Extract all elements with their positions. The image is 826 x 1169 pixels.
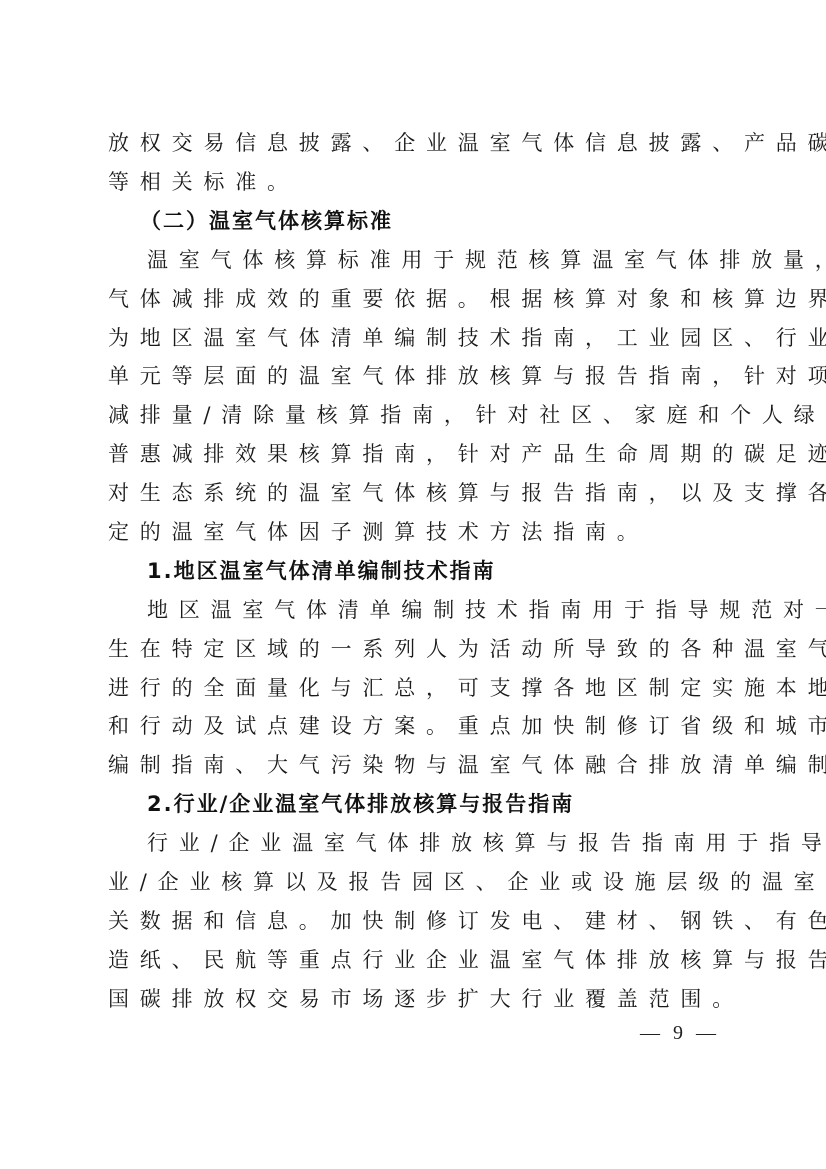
paragraph-line: 为地区温室气体清单编制技术指南，工业园区、行业/企业、工序/	[108, 324, 728, 352]
paragraph-line: 普惠减排效果核算指南，针对产品生命周期的碳足迹核算标准，针	[108, 440, 728, 468]
paragraph-line: 编制指南、大气污染物与温室气体融合排放清单编制技术指南。	[108, 751, 728, 779]
section-heading: （二）温室气体核算标准	[140, 207, 760, 235]
paragraph-line: 气体减排成效的重要依据。根据核算对象和核算边界的不同，可分	[108, 285, 728, 313]
paragraph-line: 放权交易信息披露、企业温室气体信息披露、产品碳足迹信息披露	[108, 129, 728, 157]
paragraph-line: 行业/企业温室气体排放核算与报告指南用于指导工业园区、行	[147, 829, 767, 857]
document-page: 放权交易信息披露、企业温室气体信息披露、产品碳足迹信息披露 等相关标准。 （二）…	[0, 0, 826, 1169]
paragraph-line: 进行的全面量化与汇总，可支撑各地区制定实施本地区碳达峰碳中	[108, 674, 728, 702]
page-number: — 9 —	[640, 1022, 720, 1045]
subsection-heading-1: 1.地区温室气体清单编制技术指南	[147, 557, 767, 585]
subsection-heading-2: 2.行业/企业温室气体排放核算与报告指南	[147, 790, 767, 818]
paragraph-line: 生在特定区域的一系列人为活动所导致的各种温室气体排放和清除	[108, 635, 728, 663]
paragraph-line: 等相关标准。	[108, 168, 728, 196]
paragraph-line: 定的温室气体因子测算技术方法指南。	[108, 518, 728, 546]
paragraph-line: 对生态系统的温室气体核算与报告指南，以及支撑各类核算指南制	[108, 479, 728, 507]
paragraph-line: 业/企业核算以及报告园区、企业或设施层级的温室气体排放量等相	[108, 868, 728, 896]
paragraph-line: 造纸、民航等重点行业企业温室气体排放核算与报告指南，支撑全	[108, 946, 728, 974]
paragraph-line: 温室气体核算标准用于规范核算温室气体排放量，是评估温室	[147, 246, 767, 274]
paragraph-line: 地区温室气体清单编制技术指南用于指导规范对一定时期内发	[147, 596, 767, 624]
paragraph-line: 关数据和信息。加快制修订发电、建材、钢铁、有色、石化、化工、	[108, 907, 728, 935]
paragraph-line: 单元等层面的温室气体排放核算与报告指南，针对项目的温室气体	[108, 362, 728, 390]
paragraph-line: 减排量/清除量核算指南，针对社区、家庭和个人绿色减碳行为的碳	[108, 401, 728, 429]
paragraph-line: 国碳排放权交易市场逐步扩大行业覆盖范围。	[108, 985, 728, 1013]
paragraph-line: 和行动及试点建设方案。重点加快制修订省级和城市温室气体清单	[108, 712, 728, 740]
